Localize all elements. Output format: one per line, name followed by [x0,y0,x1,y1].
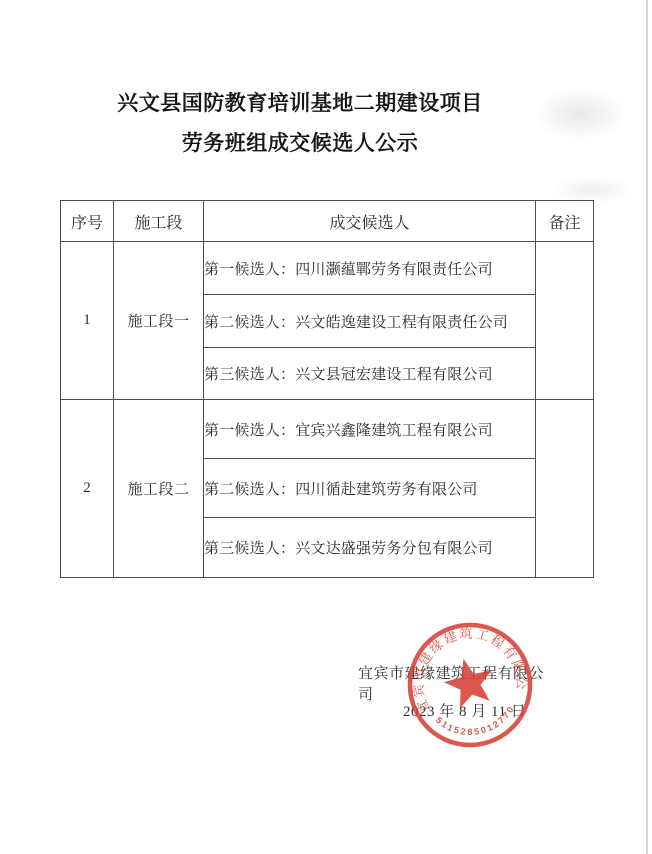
candidate-cell: 第一候选人：宜宾兴鑫隆建筑工程有限公司 [204,400,536,459]
issuer-company-name: 宜宾市建缘建筑工程有限公司 [358,662,558,704]
candidate-cell: 第二候选人：兴文皓逸建设工程有限责任公司 [204,295,536,348]
seq-cell: 2 [61,400,114,578]
candidate-cell: 第一候选人：四川灏蕴鄲劳务有限责任公司 [204,242,536,295]
table-row: 2 施工段二 第一候选人：宜宾兴鑫隆建筑工程有限公司 [61,400,594,459]
section-cell: 施工段一 [114,242,204,400]
candidate-cell: 第三候选人：兴文县冠宏建设工程有限公司 [204,348,536,400]
candidate-cell: 第三候选人：兴文达盛强劳务分包有限公司 [204,518,536,578]
scanned-notice-page: { "page": { "title_line1": "兴文县国防教育培训基地二… [0,0,652,854]
col-header-section: 施工段 [114,201,204,242]
table-row: 1 施工段一 第一候选人：四川灏蕴鄲劳务有限责任公司 [61,242,594,295]
scan-page-edge-shadow [646,0,648,854]
issue-date: 2023 年 8 月 11 日 [403,700,563,721]
candidates-table: 序号 施工段 成交候选人 备注 1 施工段一 第一候选人：四川灏蕴鄲劳务有限责任… [60,200,594,578]
remark-cell [536,242,594,400]
seq-cell: 1 [61,242,114,400]
document-title-line2: 劳务班组成交候选人公示 [0,124,600,164]
document-title: 兴文县国防教育培训基地二期建设项目 劳务班组成交候选人公示 [0,84,600,164]
candidate-cell: 第二候选人：四川循赴建筑劳务有限公司 [204,459,536,518]
col-header-remark: 备注 [536,201,594,242]
col-header-seq: 序号 [61,201,114,242]
document-title-line1: 兴文县国防教育培训基地二期建设项目 [0,84,600,124]
col-header-candidate: 成交候选人 [204,201,536,242]
table-header-row: 序号 施工段 成交候选人 备注 [61,201,594,242]
remark-cell [536,400,594,578]
section-cell: 施工段二 [114,400,204,578]
